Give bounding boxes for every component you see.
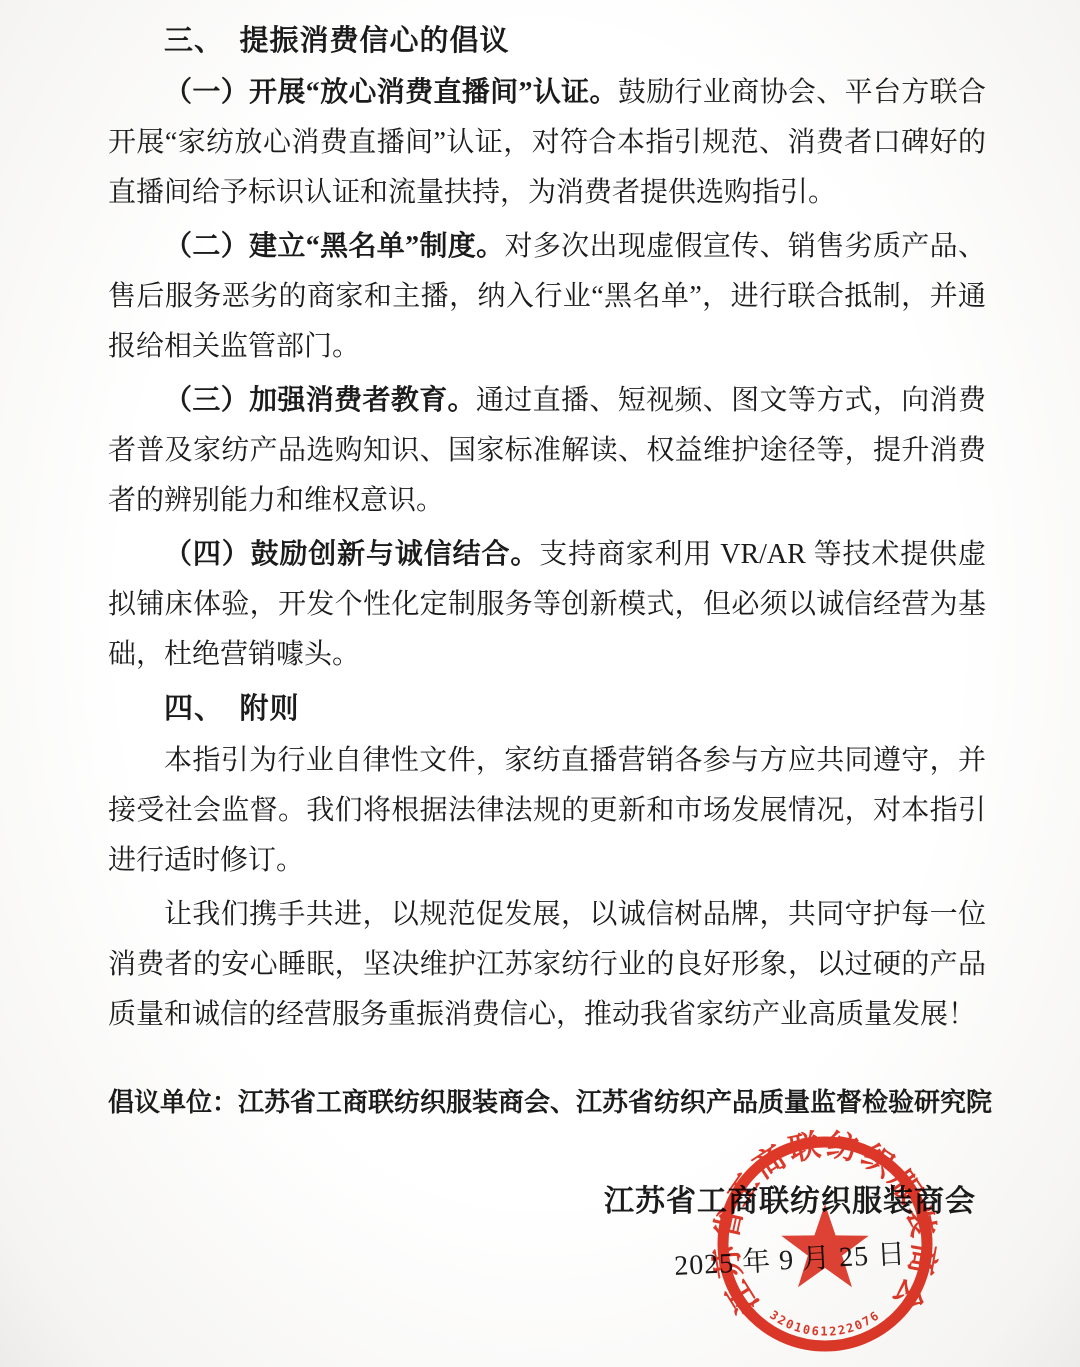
sponsor-orgs: 江苏省工商联纺织服装商会、江苏省纺织产品质量监督检验研究院 <box>238 1088 992 1117</box>
paragraph-supplementary: 本指引为行业自律性文件，家纺直播营销各参与方应共同遵守，并接受社会监督。我们将根… <box>108 736 986 886</box>
document-page: 三、 提振消费信心的倡议 （一）开展“放心消费直播间”认证。鼓励行业商协会、平台… <box>0 0 1080 1367</box>
paragraph-closing: 让我们携手共进，以规范促发展，以诚信树品牌，共同守护每一位消费者的安心睡眠，坚决… <box>108 890 986 1040</box>
paragraph-education: （三）加强消费者教育。通过直播、短视频、图文等方式，向消费者普及家纺产品选购知识… <box>108 376 986 526</box>
sponsor-label: 倡议单位： <box>108 1088 238 1117</box>
paragraph-certification-lead: （一）开展“放心消费直播间”认证。 <box>164 77 618 108</box>
paragraph-supplementary-text: 本指引为行业自律性文件，家纺直播营销各参与方应共同遵守，并接受社会监督。我们将根… <box>108 745 986 876</box>
paragraph-innovation-lead: （四）鼓励创新与诚信结合。 <box>164 539 539 570</box>
paragraph-blacklist-lead: （二）建立“黑名单”制度。 <box>164 231 504 262</box>
paragraph-certification: （一）开展“放心消费直播间”认证。鼓励行业商协会、平台方联合开展“家纺放心消费直… <box>108 68 986 218</box>
paragraph-innovation: （四）鼓励创新与诚信结合。支持商家利用 VR/AR 等技术提供虚拟铺床体验，开发… <box>108 530 986 680</box>
paragraph-closing-text: 让我们携手共进，以规范促发展，以诚信树品牌，共同守护每一位消费者的安心睡眠，坚决… <box>108 899 986 1030</box>
seal-star-icon <box>781 1204 868 1287</box>
paragraph-blacklist: （二）建立“黑名单”制度。对多次出现虚假宣传、销售劣质产品、售后服务恶劣的商家和… <box>108 222 986 372</box>
paragraph-education-lead: （三）加强消费者教育。 <box>164 385 476 416</box>
section-heading-three: 三、 提振消费信心的倡议 <box>108 16 986 66</box>
section-heading-four: 四、 附则 <box>108 684 986 734</box>
document-body: 三、 提振消费信心的倡议 （一）开展“放心消费直播间”认证。鼓励行业商协会、平台… <box>108 16 986 1150</box>
official-seal: 江苏省工商联纺织服装商会 3201061222076 <box>695 1114 955 1367</box>
